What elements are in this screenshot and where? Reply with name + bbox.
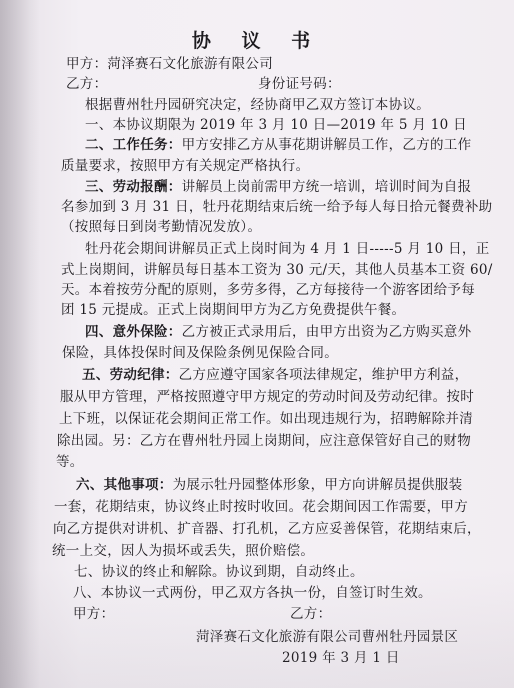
id-number-label: 身份证号码： xyxy=(258,75,341,93)
clause-6-heading: 六、其他事项： xyxy=(76,477,173,493)
intro-text: 根据曹州牡丹园研究决定，经协商甲乙双方签订本协议。 xyxy=(85,96,430,114)
clause-6-line-2: 一套，花期结束，协议终止时按时收回。花会期间因工作需要，甲方 xyxy=(54,498,468,516)
clause-6-line-3: 向乙方提供对讲机、扩音器、打孔机，乙方应妥善保管，花期结束后， xyxy=(53,520,481,538)
clause-4-first-line: 四、意外保险：乙方被正式录用后，由甲方出资为乙方购买意外 xyxy=(85,323,471,341)
clause-5-heading: 五、劳动纪律： xyxy=(82,367,179,383)
clause-3-text: 讲解员上岗前需甲方统一培训，培训时间为自报 xyxy=(182,179,472,195)
footer-date: 2019 年 3 月 1 日 xyxy=(282,649,400,667)
clause-4-line-2: 保险，具体投保时间及保险条例见保险合同。 xyxy=(62,344,338,362)
document-page: 协 议 书 甲方：菏泽赛石文化旅游有限公司 乙方： 身份证号码： 根据曹州牡丹园… xyxy=(0,0,514,688)
clause-2-heading: 二、工作任务： xyxy=(85,137,182,153)
clause-7: 七、协议的终止和解除。协议到期，自动终止。 xyxy=(74,563,364,581)
signature-party-b: 乙方： xyxy=(290,605,331,623)
clause-6-line-4: 统一上交，因人为损坏或丢失，照价赔偿。 xyxy=(52,542,314,560)
clause-6-text: 为展示牡丹园整体形象，甲方向讲解员提供服装 xyxy=(173,477,463,493)
clause-6-first-line: 六、其他事项：为展示牡丹园整体形象，甲方向讲解员提供服装 xyxy=(76,476,462,494)
clause-3-p2-line-2: 式上岗期间，讲解员每日基本工资为 30 元/天，其他人员基本工资 60/ xyxy=(61,261,493,279)
footer-organization: 菏泽赛石文化旅游有限公司曹州牡丹园景区 xyxy=(196,628,458,646)
clause-5-first-line: 五、劳动纪律：乙方应遵守国家各项法律规定，维护甲方利益， xyxy=(82,366,468,384)
clause-3-p2-line-4: 团 15 元提成。正式上岗期间甲方为乙方免费提供午餐。 xyxy=(61,301,405,319)
clause-5-line-2: 服从甲方管理，严格按照遵守甲方规定的劳动时间及劳动纪律。按时 xyxy=(60,388,474,406)
party-a-line: 甲方：菏泽赛石文化旅游有限公司 xyxy=(66,55,273,73)
clause-8: 八、本协议一式两份，甲乙双方各执一份，自签订时生效。 xyxy=(73,584,432,602)
clause-2-first-line: 二、工作任务：甲方安排乙方从事花期讲解员工作，乙方的工作 xyxy=(85,136,471,154)
signature-party-a: 甲方： xyxy=(73,605,114,623)
clause-1: 一、本协议期限为 2019 年 3 月 10 日—2019 年 5 月 10 日 xyxy=(85,116,467,134)
clause-2-text: 甲方安排乙方从事花期讲解员工作，乙方的工作 xyxy=(182,137,472,153)
document-title: 协 议 书 xyxy=(0,26,514,53)
clause-3-line-2: 名参加到 3 月 31 日，牡丹花期结束后统一给予每人每日拾元餐费补助 xyxy=(61,198,492,216)
clause-2-line-2: 质量要求，按照甲方有关规定严格执行。 xyxy=(61,157,309,175)
clause-5-text: 乙方应遵守国家各项法律规定，维护甲方利益， xyxy=(179,367,469,383)
clause-4-heading: 四、意外保险： xyxy=(85,324,182,340)
party-b-label: 乙方： xyxy=(66,75,107,93)
clause-5-line-4: 除出园。另：乙方在曹州牡丹园上岗期间，应注意保管好自己的财物 xyxy=(57,432,471,450)
clause-3-first-line: 三、劳动报酬：讲解员上岗前需甲方统一培训，培训时间为自报 xyxy=(85,178,471,196)
clause-5-line-5: 等。 xyxy=(56,453,84,471)
clause-3-p2-line-1: 牡丹花会期间讲解员正式上岗时间为 4 月 1 日-----5 月 10 日，正 xyxy=(85,240,490,258)
clause-3-heading: 三、劳动报酬： xyxy=(85,179,182,195)
clause-5-line-3: 上下班，以保证花会期间正常工作。如出现违规行为，招聘解除并清 xyxy=(59,410,473,428)
clause-4-text: 乙方被正式录用后，由甲方出资为乙方购买意外 xyxy=(182,324,472,340)
page-shadow-left xyxy=(0,0,40,688)
clause-3-p2-line-3: 天。本着按劳分配的原则，多劳多得，乙方每接待一个游客团给予每 xyxy=(61,281,475,299)
clause-3-line-3: （按照每日到岗考勤情况发放）。 xyxy=(61,218,261,236)
